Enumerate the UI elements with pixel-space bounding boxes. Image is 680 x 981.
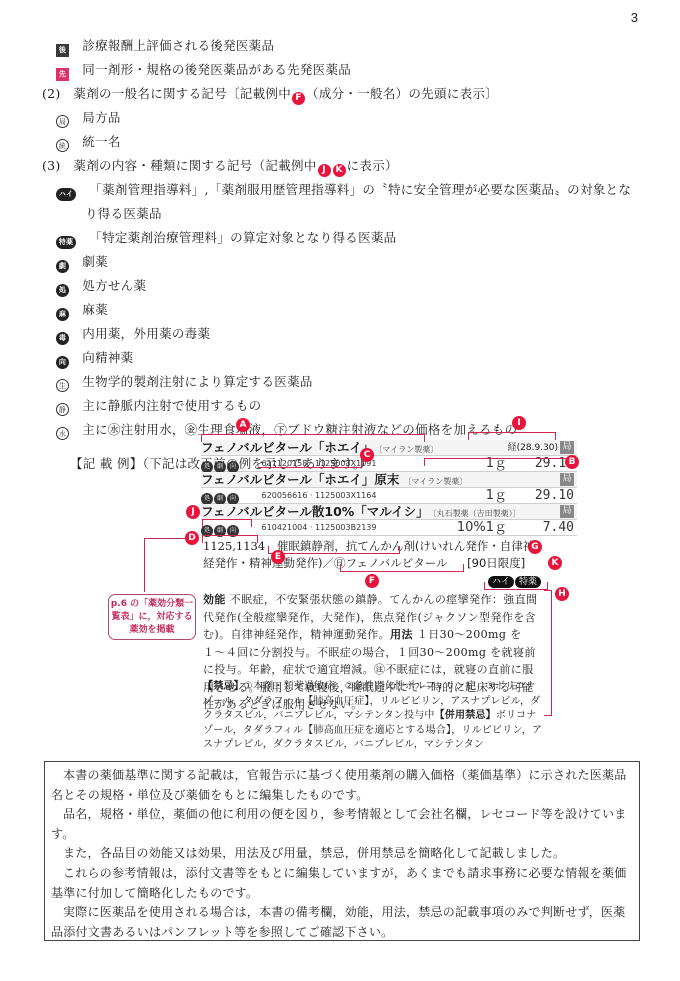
- section2-heading: (2) 薬剤の一般名に関する記号〔記載例中F（成分・一般名）の先頭に表示〕: [42, 86, 498, 105]
- heading-text: （成分・一般名）の先頭に表示〕: [306, 86, 498, 101]
- prescription-limit: [90日限度]: [467, 556, 525, 570]
- callout-leader-h: [144, 538, 185, 539]
- marker-b-icon: B: [565, 455, 579, 469]
- legend-item-shohosen: 処 処方せん薬: [56, 278, 146, 297]
- product-code-row: 処劇向 620056616 · 1125003X1164 1ｇ 29.10: [201, 488, 577, 504]
- jomyaku-mark-icon: 静: [56, 403, 69, 416]
- marker-h-icon: H: [555, 587, 569, 601]
- legend-text: 主に静脈内注射で使用するもの: [82, 398, 261, 413]
- product-name-row: フェノバルビタール散10%「マルイシ」〔丸石製薬（吉田製薬）〕 局: [201, 504, 577, 520]
- marker-e-icon: E: [271, 550, 285, 564]
- heading-text: (3) 薬剤の内容・種類に関する記号（記載例中: [42, 158, 317, 173]
- note-paragraph: また，各品目の効能又は効果，用法及び用量，禁忌，併用禁忌を簡略化して記載しました…: [51, 844, 633, 864]
- legend-item-high-risk: ハイ 「薬剤管理指導料」,「薬剤服用歴管理指導料」の〝特に安全管理が必要な医薬品…: [56, 182, 631, 201]
- bracket-i: [468, 432, 556, 440]
- gekiyaku-mark-icon: 劇: [56, 260, 69, 273]
- mizu-mark-icon: 水: [56, 427, 69, 440]
- legend-item-toitsumei: 統 統一名: [56, 134, 121, 152]
- marker-d-icon: D: [185, 531, 199, 545]
- bracket-d: [202, 535, 258, 543]
- legend-text: 局方品: [82, 110, 120, 125]
- kyoku-badge: 局: [560, 505, 574, 518]
- product-name: フェノバルビタール「ホエイ」: [201, 440, 374, 455]
- legend-item-tokutei: 特薬 「特定薬剤治療管理料」の算定対象となり得る医薬品: [56, 230, 396, 249]
- legend-item-seibutsu: 生 生物学的製剤注射により算定する医薬品: [56, 374, 313, 392]
- legend-item-mayaku: 麻 麻薬: [56, 302, 108, 321]
- seibutsu-mark-icon: 生: [56, 379, 69, 392]
- note-paragraph: 本書の薬価基準に関する記載は，官報告示に基づく使用薬剤の購入価格（薬価基準）に示…: [51, 766, 633, 805]
- legend-item-brand-with-generic: 先 同一剤形・規格の後発医薬品がある先発医薬品: [56, 62, 351, 81]
- marker-j-icon: J: [318, 164, 331, 177]
- legend-item-koseishin: 向 向精神薬: [56, 350, 133, 369]
- efficacy-detail: (けいれん発作・自律神: [415, 539, 535, 553]
- legend-text: 向精神薬: [82, 350, 133, 365]
- bracket-k: [484, 582, 548, 590]
- combination-contraindication-label: 【併用禁忌】: [435, 710, 496, 721]
- pharmacologic-class-callout: p.6 の「薬効分類一覧表」に，対応する薬効を掲載: [108, 594, 196, 640]
- spec-unit: 10%1ｇ: [457, 520, 507, 536]
- bracket-a: [201, 434, 425, 442]
- maker-name: 〔マイラン製薬〕: [403, 477, 467, 486]
- koseishin-mark-icon: 向: [56, 356, 69, 369]
- marker-f-icon: F: [292, 92, 305, 105]
- legend-text: 「特定薬剤治療管理料」の算定対象となり得る医薬品: [89, 230, 396, 245]
- bracket-h: [544, 590, 552, 716]
- brand-mark-icon: 先: [56, 68, 69, 81]
- bracket-c: [258, 458, 362, 468]
- legend-item-kyokuho: 局 局方品: [56, 110, 121, 128]
- note-paragraph: 実際に医薬品を使用される場合は，本書の備考欄，効能，用法，禁忌の記載事項のみで判…: [51, 903, 633, 942]
- kyokuho-mark-icon: 局: [56, 115, 69, 128]
- receipt-codes: 610421004 · 1125003B2139: [262, 523, 377, 532]
- bracket-j: [202, 519, 252, 527]
- legend-text: 統一名: [82, 134, 120, 149]
- product-name-row: フェノバルビタール「ホエイ」〔マイラン製薬〕 経(28.9.30) 局: [201, 440, 577, 456]
- legend-text: 内用薬，外用薬の毒薬: [82, 326, 210, 341]
- contraindication-text: 【禁忌】①本剤・類薬過敏症 ②急性間欠性ポルフィリン症 ③ボリコナゾール，タダラ…: [203, 680, 543, 753]
- legend-text: 処方せん薬: [82, 278, 146, 293]
- legend-item-high-risk-cont: り得る医薬品: [85, 206, 162, 222]
- efficacy-label: 効能: [203, 593, 226, 606]
- marker-g-icon: G: [528, 540, 542, 554]
- heading-text: に表示）: [347, 158, 398, 173]
- marker-i-icon: I: [512, 416, 526, 430]
- kyoku-badge: 局: [560, 441, 574, 454]
- marker-f-icon: F: [365, 574, 379, 588]
- legend-item-jomyaku: 静 主に静脈内注射で使用するもの: [56, 398, 261, 416]
- regulation-icons: 処劇向: [201, 456, 259, 473]
- kyoku-badge: 局: [560, 473, 574, 486]
- regulation-icons: 処劇向: [201, 488, 259, 505]
- legend-item-gekiyaku: 劇 劇薬: [56, 254, 108, 273]
- tokutei-mark-icon: 特薬: [56, 236, 76, 249]
- bracket-f: [340, 564, 464, 572]
- marker-k-icon: K: [333, 164, 346, 177]
- product-name: フェノバルビタール「ホエイ」原末: [201, 472, 399, 487]
- marker-k-icon: K: [548, 556, 562, 570]
- bracket-b: [424, 458, 578, 466]
- contraindication-label: 【禁忌】: [203, 681, 244, 692]
- maker-name: 〔マイラン製薬〕: [378, 445, 438, 454]
- legend-item-generic-evaluated: 後 診療報酬上評価される後発医薬品: [56, 38, 274, 57]
- callout-leader-v: [144, 538, 145, 592]
- legend-text: 「薬剤管理指導料」,「薬剤服用歴管理指導料」の〝特に安全管理が必要な医薬品〟の対…: [89, 182, 631, 197]
- product-name-row: フェノバルビタール「ホエイ」原末〔マイラン製薬〕 局: [201, 472, 577, 488]
- product-code-row: 処劇向 610421004 · 1125003B2139 10%1ｇ 7.40: [201, 520, 577, 536]
- receipt-codes: 620056616 · 1125003X1164: [262, 491, 377, 500]
- legend-text: 劇薬: [82, 254, 108, 269]
- legend-text: 麻薬: [82, 302, 108, 317]
- section3-heading: (3) 薬剤の内容・種類に関する記号（記載例中JKに表示）: [42, 158, 398, 177]
- dokuyaku-mark-icon: 毒: [56, 332, 69, 345]
- generic-mark-icon: 後: [56, 44, 69, 57]
- heading-text: (2) 薬剤の一般名に関する記号〔記載例中: [42, 86, 291, 101]
- legend-text: 同一剤形・規格の後発医薬品がある先発医薬品: [82, 62, 351, 77]
- notes-box: 本書の薬価基準に関する記載は，官報告示に基づく使用薬剤の購入価格（薬価基準）に示…: [44, 761, 640, 941]
- drug-price: 7.40: [543, 520, 574, 536]
- transition-date: 経(28.9.30): [508, 440, 558, 456]
- note-paragraph: 品名，規格・単位，薬価の他に利用の便を図り，参考情報として会社名欄，レセコード等…: [51, 805, 633, 844]
- note-paragraph: これらの参考情報は，添付文書等をもとに編集していますが，あくまでも請求事務に必要…: [51, 864, 633, 903]
- high-risk-mark-icon: ハイ: [56, 188, 76, 201]
- toitsumei-mark-icon: 統: [56, 139, 69, 152]
- maker-name: 〔丸石製薬（吉田製薬）〕: [433, 509, 521, 518]
- marker-j-icon: J: [186, 505, 200, 519]
- marker-a-icon: A: [236, 418, 250, 432]
- usage-label: 用法: [390, 628, 413, 641]
- shohosen-mark-icon: 処: [56, 284, 69, 297]
- product-name: フェノバルビタール散10%「マルイシ」: [201, 504, 429, 519]
- efficacy-detail: 経発作・精神運動発作)／: [203, 556, 334, 570]
- spec-unit: 1ｇ: [486, 488, 507, 504]
- page-number: 3: [631, 10, 638, 25]
- mayaku-mark-icon: 麻: [56, 308, 69, 321]
- bracket-e: [268, 546, 400, 554]
- legend-item-dokuyaku: 毒 内用薬，外用薬の毒薬: [56, 326, 210, 345]
- legend-text: 生物学的製剤注射により算定する医薬品: [82, 374, 312, 389]
- drug-price: 29.10: [535, 488, 574, 504]
- legend-text: 診療報酬上評価される後発医薬品: [82, 38, 274, 53]
- marker-c-icon: C: [360, 448, 374, 462]
